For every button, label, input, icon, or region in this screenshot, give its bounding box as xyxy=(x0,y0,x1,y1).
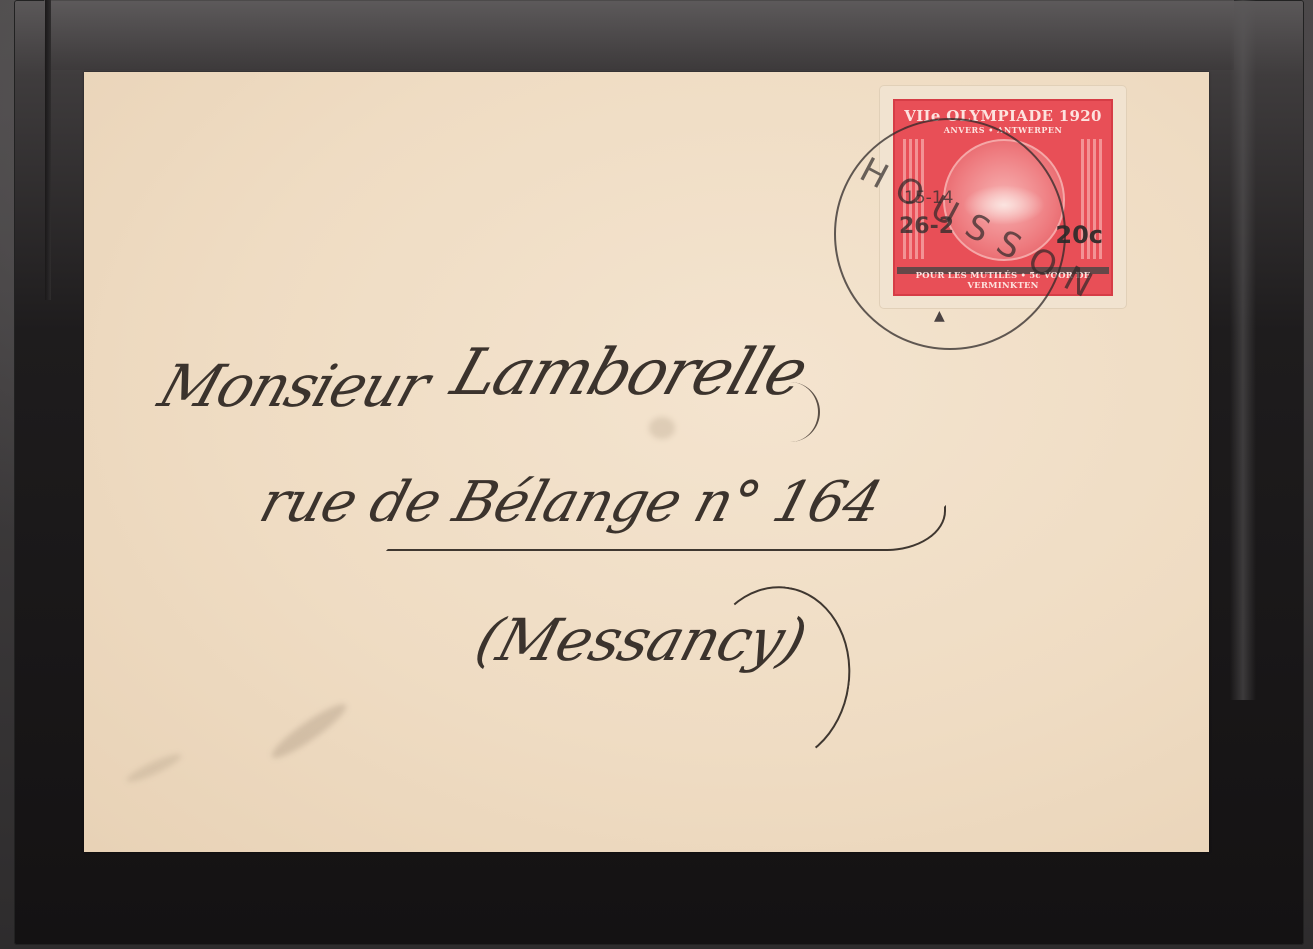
paper-stain xyxy=(124,750,183,786)
envelope-crease xyxy=(45,0,51,300)
paper-stain xyxy=(267,698,351,764)
address-salutation: Monsieur xyxy=(151,352,436,420)
postmark-triangle-icon: ▲ xyxy=(934,308,945,324)
ink-smudge xyxy=(649,417,675,439)
street-underline-flourish xyxy=(386,505,946,551)
postmark-time: 15-14 xyxy=(904,188,953,208)
flourish-stroke xyxy=(690,382,820,442)
postmark-date: 26-2 xyxy=(899,214,954,239)
